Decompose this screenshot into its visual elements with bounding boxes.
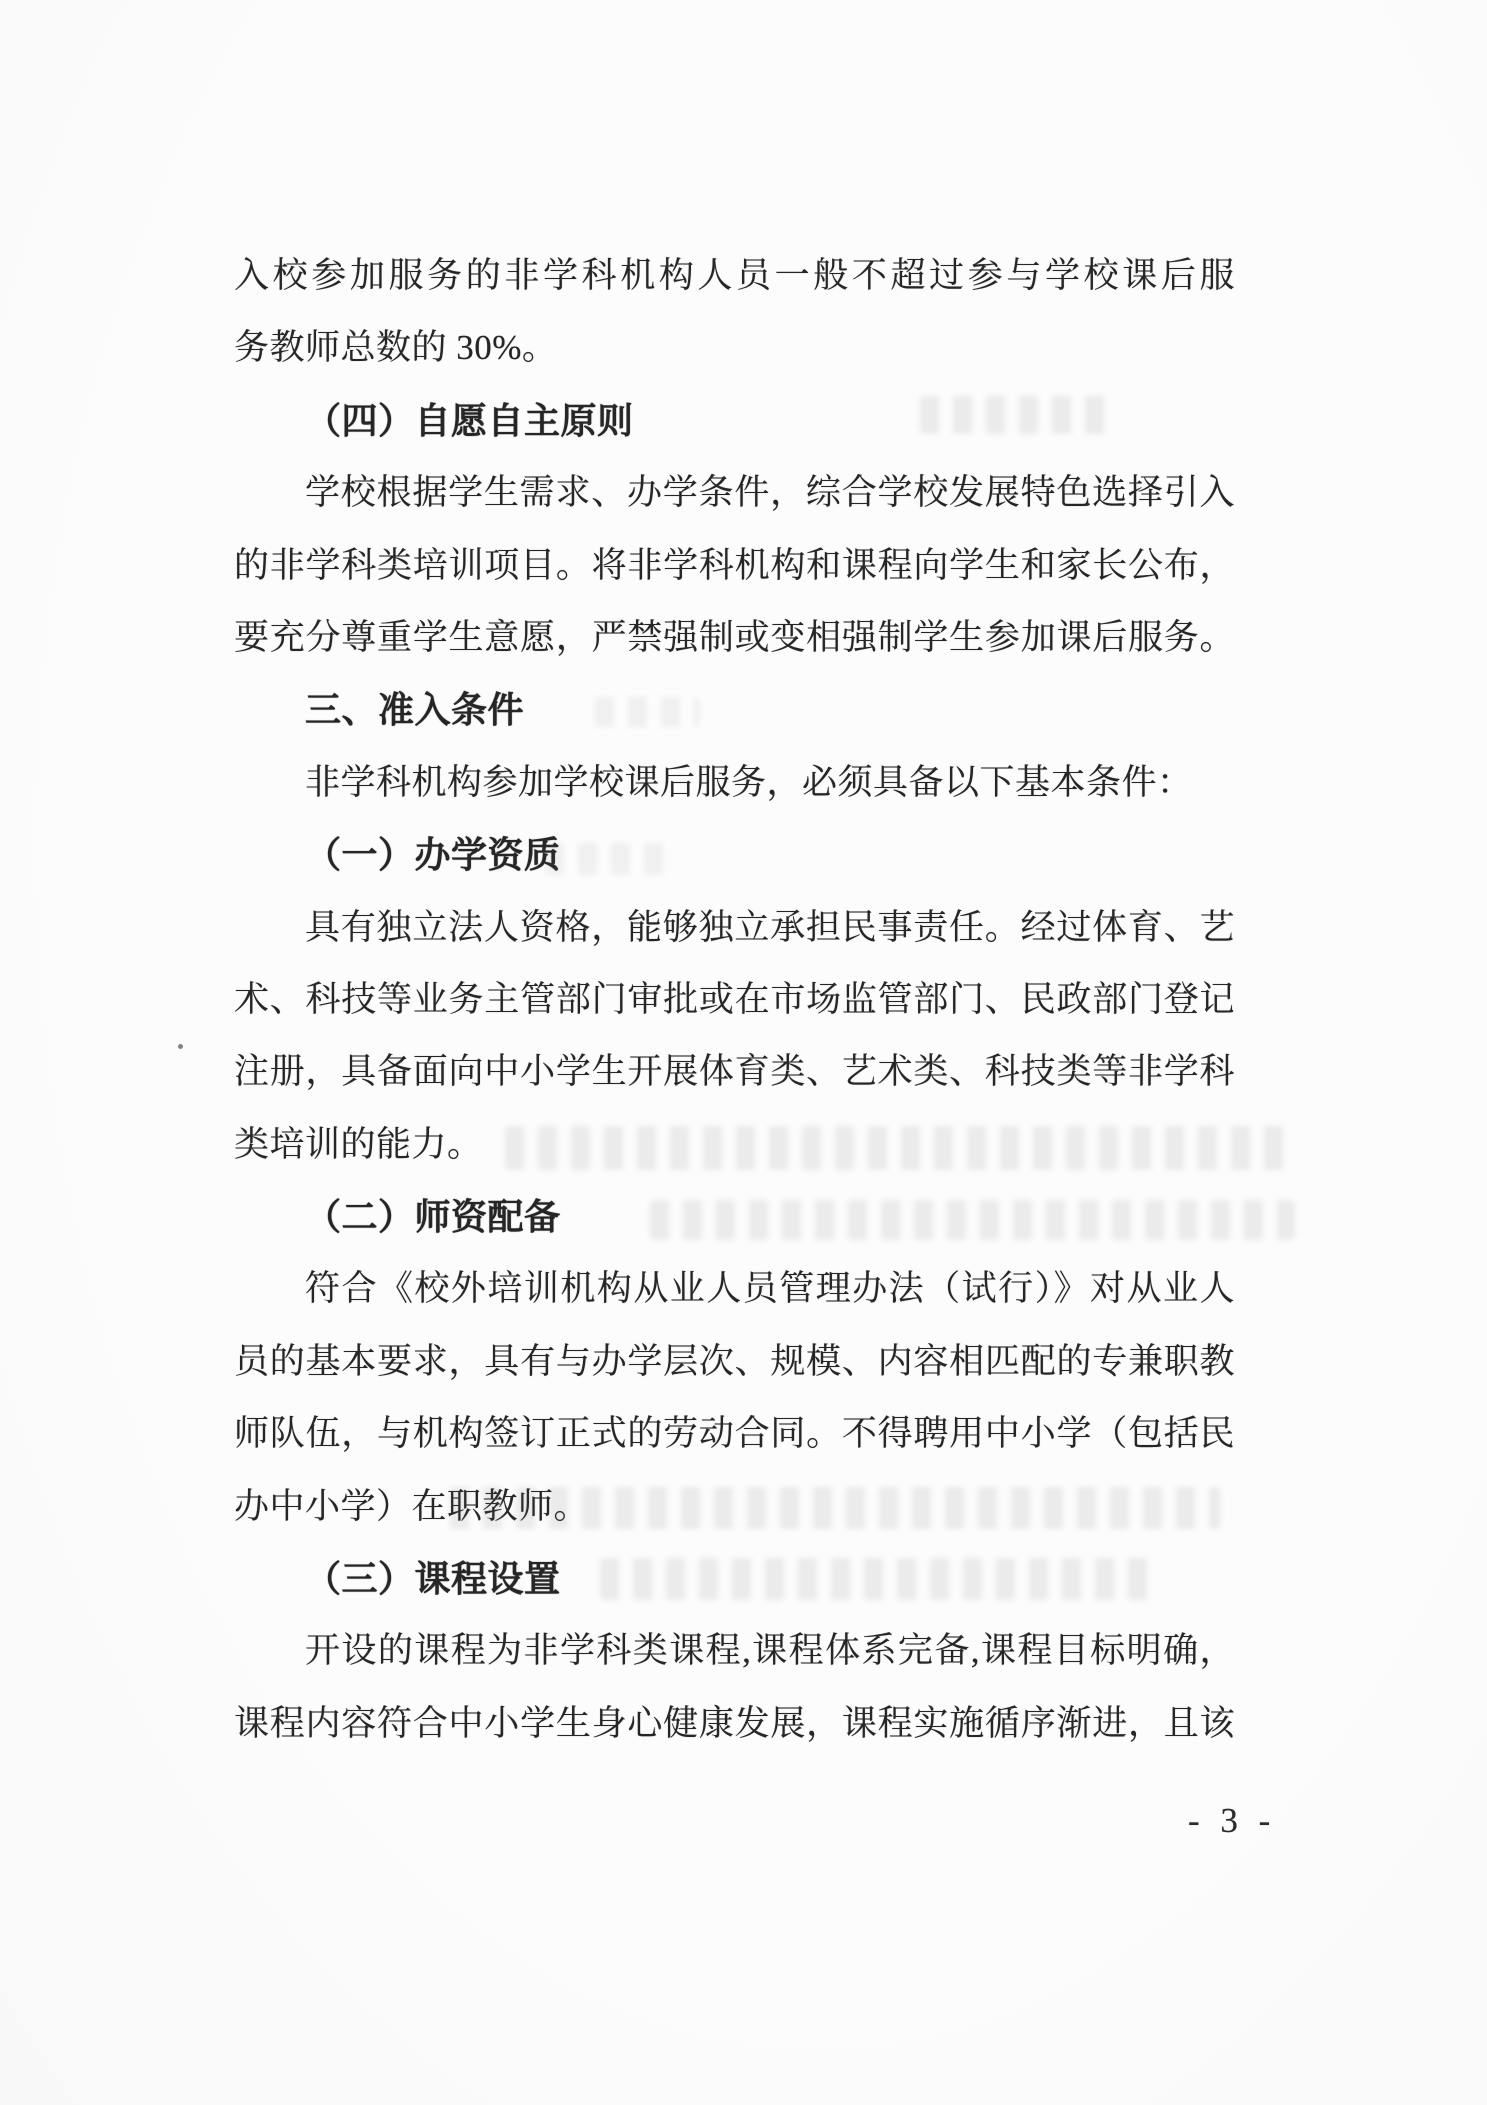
section-heading: 三、准入条件 — [234, 674, 1235, 746]
body-text-line: 注册，具备面向中小学生开展体育类、艺术类、科技类等非学科 — [234, 1036, 1235, 1108]
page-number: - 3 - — [1188, 1801, 1276, 1841]
body-text-line: 术、科技等业务主管部门审批或在市场监管部门、民政部门登记 — [234, 964, 1235, 1036]
body-text-line: 类培训的能力。 — [234, 1109, 1235, 1181]
body-text-line: 要充分尊重学生意愿，严禁强制或变相强制学生参加课后服务。 — [234, 602, 1235, 674]
body-text-line: 办中小学）在职教师。 — [234, 1471, 1235, 1543]
body-text-line: 课程内容符合中小学生身心健康发展，课程实施循序渐进，且该 — [234, 1688, 1235, 1760]
section-heading: （一）办学资质 — [234, 819, 1235, 891]
body-text-line: 员的基本要求，具有与办学层次、规模、内容相匹配的专兼职教 — [234, 1326, 1235, 1398]
body-text-line: 非学科机构参加学校课后服务，必须具备以下基本条件： — [234, 747, 1235, 819]
body-text-line: 务教师总数的 30%。 — [234, 312, 1235, 384]
section-heading: （二）师资配备 — [234, 1181, 1235, 1253]
body-text-line: 学校根据学生需求、办学条件，综合学校发展特色选择引入 — [234, 457, 1235, 529]
body-text-line: 具有独立法人资格，能够独立承担民事责任。经过体育、艺 — [234, 892, 1235, 964]
section-heading: （三）课程设置 — [234, 1543, 1235, 1615]
body-text-line: 入校参加服务的非学科机构人员一般不超过参与学校课后服 — [234, 240, 1235, 312]
document-text-block: 入校参加服务的非学科机构人员一般不超过参与学校课后服务教师总数的 30%。（四）… — [234, 240, 1235, 1760]
body-text-line: 开设的课程为非学科类课程,课程体系完备,课程目标明确， — [234, 1615, 1235, 1687]
section-heading: （四）自愿自主原则 — [234, 385, 1235, 457]
body-text-line: 符合《校外培训机构从业人员管理办法（试行）》对从业人 — [234, 1253, 1235, 1325]
body-text-line: 师队伍，与机构签订正式的劳动合同。不得聘用中小学（包括民 — [234, 1398, 1235, 1470]
scan-speck — [178, 1044, 183, 1049]
scanned-document-page: 入校参加服务的非学科机构人员一般不超过参与学校课后服务教师总数的 30%。（四）… — [0, 0, 1487, 2105]
body-text-line: 的非学科类培训项目。将非学科机构和课程向学生和家长公布， — [234, 530, 1235, 602]
